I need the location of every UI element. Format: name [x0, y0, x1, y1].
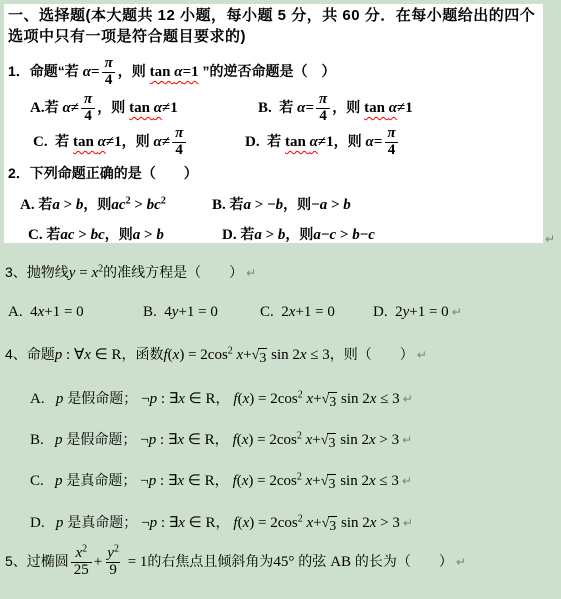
math-roman-run: 9 [109, 562, 117, 578]
math-italic-run: x [302, 473, 312, 489]
question-3-option-c: C. 2x+1 = 0 [260, 301, 335, 322]
math-roman-run: 25 [74, 562, 89, 578]
cjk-text-run: 若 [46, 226, 60, 242]
math-italic-run: α [389, 100, 397, 116]
math-roman-run: D. 2 [373, 304, 403, 320]
paragraph-return-icon: ↵ [403, 516, 413, 530]
math-roman-run: tan [150, 64, 175, 80]
fraction-denominator: 4 [385, 142, 399, 159]
math-roman-run: : ∃ [156, 432, 177, 448]
cjk-text-run: 的弦 [294, 553, 330, 569]
fraction: π4 [316, 92, 330, 125]
math-roman-run: sin 2 [337, 391, 370, 407]
math-roman-run: B. [212, 197, 230, 213]
question-4-option-d: D. p 是真命题； ¬p : ∃x ∈ R， f(x) = 2cos2 x+√… [30, 512, 413, 537]
cjk-text-run: ，则 [283, 196, 311, 212]
question-3-option-a: A. 4x+1 = 0 [8, 301, 84, 322]
question-1-stem: 1．命题“若 α=π4，则 tan α=1 ”的逆否命题是（ ） [8, 56, 336, 89]
math-roman-run: sin 2 [336, 473, 369, 489]
cjk-text-run: 是假命题； [63, 431, 141, 447]
spellcheck-wavy-underline: tan α [285, 133, 318, 149]
math-roman-run: AB [330, 554, 351, 570]
math-italic-run: x [300, 347, 307, 363]
math-roman-run: > − [251, 197, 276, 213]
math-roman-run: +1 = 0 [44, 304, 83, 320]
paragraph-return-icon: ↵ [403, 392, 413, 406]
cjk-text-run: ，则 [97, 99, 129, 115]
math-roman-run: > [75, 227, 91, 243]
math-roman-run: tan [364, 100, 389, 116]
math-italic-run: x [369, 473, 376, 489]
question-3-option-b: B. 4y+1 = 0 [143, 301, 218, 322]
math-roman-run: sin 2 [267, 347, 300, 363]
math-roman-run: + [243, 347, 251, 363]
question-2-option-a: A. 若a > b，则ac2 > bc2 [20, 194, 166, 215]
math-italic-run: x [178, 515, 185, 531]
white-box-return-mark: ↵ [542, 228, 555, 249]
question-4-stem: 4、命题p : ∀x ∈ R，函数f(x) = 2cos2 x+√3 sin 2… [5, 344, 427, 369]
cjk-text-run: ，则 [83, 196, 111, 212]
math-roman-run: ∈ R [91, 347, 122, 363]
cjk-text-run: 若 [240, 226, 254, 242]
cjk-text-run: ，则 [105, 226, 133, 242]
question-5-stem: 5、过椭圆x225+y29 = 1的右焦点且倾斜角为45° 的弦 AB 的长为（… [5, 546, 466, 579]
math-roman-run: 4 [319, 108, 327, 124]
math-roman-run: B. [258, 100, 279, 116]
math-roman-run: ∈ R [185, 515, 216, 531]
math-roman-run: A. [30, 391, 56, 407]
paragraph-return-icon: ↵ [246, 266, 256, 280]
math-roman-run: > [140, 227, 156, 243]
math-italic-run: p [150, 391, 158, 407]
math-italic-run: α [83, 64, 91, 80]
fraction-denominator: 4 [81, 108, 95, 125]
math-italic-run: π [175, 125, 183, 141]
math-roman-run: ¬ [140, 473, 148, 489]
cjk-text-run: ，函数 [121, 346, 163, 362]
math-roman-run: > [336, 227, 352, 243]
math-roman-run: ) = 2cos [179, 347, 227, 363]
cjk-text-run: 的右焦点且倾斜角为 [147, 553, 273, 569]
math-roman-run: C. 2 [260, 304, 289, 320]
math-roman-run: + [312, 473, 320, 489]
cjk-text-run: ，则 [332, 99, 364, 115]
math-roman-run: ∈ R [184, 432, 215, 448]
math-roman-run: ∈ R [184, 473, 215, 489]
math-roman-run: ≠ [71, 100, 79, 116]
fraction-numerator: π [384, 126, 398, 142]
math-roman-run: > [262, 227, 278, 243]
math-roman-run: : ∃ [157, 515, 178, 531]
math-roman-run: D. [245, 134, 267, 150]
square-root: √3 [321, 474, 337, 495]
math-italic-run: ac [111, 197, 125, 213]
math-roman-run: ) = 2cos [248, 432, 296, 448]
fraction-numerator: x2 [72, 546, 90, 562]
fraction: x225 [71, 546, 92, 579]
math-roman-run: + [312, 432, 320, 448]
question-1-option-a: A.若 α≠π4，则 tan α≠1 [30, 92, 178, 125]
cjk-text-run: ， [216, 390, 234, 406]
paragraph-return-icon: ↵ [402, 474, 412, 488]
math-italic-run: bc [147, 197, 161, 213]
math-italic-run: x [84, 347, 91, 363]
math-italic-run: α [174, 64, 182, 80]
paragraph-return-icon: ↵ [456, 555, 466, 569]
square-root: √3 [322, 392, 338, 413]
math-italic-run: x [178, 391, 185, 407]
math-italic-run: α [154, 100, 162, 116]
math-roman-run: > [131, 197, 147, 213]
math-italic-run: π [319, 91, 327, 107]
cjk-text-run: 1．命题“若 [8, 63, 83, 79]
math-roman-run: ≤ 3 [376, 473, 399, 489]
math-italic-run: α [310, 134, 318, 150]
math-italic-run: p [55, 473, 63, 489]
math-roman-run: ≠1 [162, 100, 178, 116]
cjk-text-run: 2．下列命题正确的是（ ） [8, 165, 198, 181]
cjk-text-run: 3、抛物线 [5, 264, 69, 280]
math-roman-run: + [313, 515, 321, 531]
math-italic-run: x [233, 347, 243, 363]
math-roman-run: B. [30, 432, 55, 448]
math-roman-run: D. [30, 515, 56, 531]
paragraph-return-icon: ↵ [452, 305, 462, 319]
cjk-text-run: 是假命题； [63, 390, 141, 406]
radicand: 3 [328, 516, 337, 537]
math-roman-run: D. [222, 227, 240, 243]
cjk-text-run: 的准线方程是（ ） [103, 264, 243, 280]
question-4-option-a: A. p 是假命题； ¬p : ∃x ∈ R， f(x) = 2cos2 x+√… [30, 388, 413, 413]
cjk-text-run: 若 [267, 133, 285, 149]
math-roman-run: ) = 2cos [249, 391, 297, 407]
question-4-option-b: B. p 是假命题； ¬p : ∃x ∈ R， f(x) = 2cos2 x+√… [30, 429, 412, 454]
math-roman-run: 4 [84, 108, 92, 124]
math-roman-run: > [60, 197, 76, 213]
fraction-denominator: 4 [102, 72, 116, 89]
math-roman-run: C. [33, 134, 55, 150]
math-roman-run: 45° [273, 554, 294, 570]
fraction-numerator: π [81, 92, 95, 108]
math-italic-run: a [52, 197, 60, 213]
math-italic-run: a [244, 197, 252, 213]
math-roman-run: sin 2 [337, 515, 370, 531]
math-italic-run: bc [91, 227, 105, 243]
fraction: π4 [384, 126, 398, 159]
cjk-text-run: ，则（ ） [330, 346, 414, 362]
fraction: π4 [102, 56, 116, 89]
paragraph-return-icon: ↵ [402, 433, 412, 447]
math-roman-run: : ∀ [62, 347, 84, 363]
cjk-text-run: 若 [230, 196, 244, 212]
math-roman-run: +1 = 0 [409, 304, 448, 320]
radicand: 3 [328, 392, 337, 413]
square-root: √3 [321, 433, 337, 454]
cjk-text-run: ， [216, 514, 234, 530]
superscript: 2 [114, 543, 119, 554]
math-italic-run: x [303, 391, 313, 407]
spellcheck-wavy-underline: tan α=1 [150, 63, 199, 79]
math-roman-run: +1 = 0 [295, 304, 334, 320]
math-roman-run: > [327, 197, 343, 213]
math-italic-run: α [98, 134, 106, 150]
math-roman-run: ≠1 [397, 100, 413, 116]
math-roman-run: − [360, 227, 369, 243]
cjk-text-run: 4、命题 [5, 346, 55, 362]
cjk-text-run: ，则 [334, 133, 366, 149]
math-roman-run: = 1 [124, 554, 147, 570]
math-roman-run: 4 [388, 142, 396, 158]
fraction-denominator: 9 [106, 562, 120, 579]
math-italic-run: α [154, 134, 162, 150]
spellcheck-wavy-underline: tan α [129, 99, 162, 115]
superscript: 2 [82, 543, 87, 554]
math-roman-run: ≤ 3 [376, 391, 399, 407]
math-roman-run: A. [20, 197, 38, 213]
question-1-option-c: C. 若 tan α≠1，则 α≠π4 [33, 126, 188, 159]
math-italic-run: x [369, 432, 376, 448]
math-roman-run: sin 2 [336, 432, 369, 448]
math-roman-run: A. 4 [8, 304, 38, 320]
cjk-text-run: 5、过椭圆 [5, 553, 69, 569]
math-roman-run: tan [129, 100, 154, 116]
math-italic-run: b [352, 227, 360, 243]
question-1-option-b: B. 若 α=π4，则 tan α≠1 [258, 92, 413, 125]
math-roman-run: tan [73, 134, 98, 150]
fraction-numerator: y2 [104, 546, 122, 562]
math-roman-run: C. [28, 227, 46, 243]
question-2-option-d: D. 若a > b，则a−c > b−c [222, 224, 375, 245]
math-roman-run: B. 4 [143, 304, 172, 320]
math-roman-run: = [91, 64, 100, 80]
math-roman-run: +1 = 0 [178, 304, 217, 320]
math-roman-run: ≠1 [318, 134, 334, 150]
paragraph-return-icon: ↵ [545, 232, 555, 246]
math-roman-run: > 3 [376, 515, 399, 531]
paragraph-return-icon: ↵ [417, 348, 427, 362]
fraction-numerator: π [102, 56, 116, 72]
cjk-text-run: 是真命题； [63, 514, 141, 530]
math-roman-run: ) = 2cos [249, 515, 297, 531]
question-3-option-d: D. 2y+1 = 0↵ [373, 301, 462, 322]
math-roman-run: tan [285, 134, 310, 150]
math-italic-run: a [254, 227, 262, 243]
math-roman-run: = [374, 134, 383, 150]
cjk-text-run: ， [215, 431, 233, 447]
superscript: 2 [161, 195, 166, 206]
math-roman-run: 4 [175, 142, 183, 158]
math-roman-run: > 3 [376, 432, 399, 448]
question-2-stem: 2．下列命题正确的是（ ） [8, 163, 198, 183]
math-roman-run: A. [30, 100, 45, 116]
math-roman-run: ≠1 [106, 134, 122, 150]
cjk-text-run: ”的逆否命题是（ ） [199, 63, 336, 79]
cjk-text-run: 的长为（ ） [351, 553, 453, 569]
math-italic-run: x [302, 432, 312, 448]
square-root: √3 [322, 516, 338, 537]
spellcheck-wavy-underline: tan α [73, 133, 106, 149]
math-roman-run: ¬ [141, 515, 149, 531]
fraction: π4 [81, 92, 95, 125]
math-italic-run: π [84, 91, 92, 107]
math-italic-run: c [368, 227, 375, 243]
math-roman-run: ≠ [162, 134, 170, 150]
question-4-option-c: C. p 是真命题； ¬p : ∃x ∈ R， f(x) = 2cos2 x+√… [30, 470, 412, 495]
math-italic-run: π [105, 55, 113, 71]
cjk-text-run: 是真命题； [63, 472, 141, 488]
fraction-denominator: 4 [172, 142, 186, 159]
fraction-denominator: 25 [71, 562, 92, 579]
math-italic-run: x [303, 515, 313, 531]
math-roman-run: − [311, 197, 320, 213]
math-italic-run: b [156, 227, 164, 243]
cjk-text-run: ， [215, 472, 233, 488]
cjk-text-run: ，则 [285, 226, 313, 242]
math-roman-run: = [75, 265, 91, 281]
math-italic-run: p [55, 432, 63, 448]
question-3-stem: 3、抛物线y = x2的准线方程是（ ）↵ [5, 262, 256, 283]
math-roman-run: =1 [183, 64, 199, 80]
spellcheck-wavy-underline: tan α [364, 99, 397, 115]
math-roman-run: ≤ 3 [307, 347, 330, 363]
math-roman-run: : ∃ [157, 391, 178, 407]
math-italic-run: b [343, 197, 351, 213]
math-roman-run: + [313, 391, 321, 407]
fraction-numerator: π [316, 92, 330, 108]
math-roman-run: 4 [105, 72, 113, 88]
math-italic-run: π [387, 125, 395, 141]
cjk-text-run: 若 [55, 133, 73, 149]
math-italic-run: a [313, 227, 321, 243]
section-header: 一、选择题(本大题共 12 小题，每小题 5 分，共 60 分．在每小题给出的四… [8, 5, 541, 47]
math-roman-run: C. [30, 473, 55, 489]
question-2-option-c: C. 若ac > bc，则a > b [28, 224, 164, 245]
radicand: 3 [258, 348, 267, 369]
math-roman-run: + [94, 554, 102, 570]
fraction-numerator: π [172, 126, 186, 142]
math-roman-run: : ∃ [156, 473, 177, 489]
question-1-option-d: D. 若 tan α≠1，则 α=π4 [245, 126, 401, 159]
math-italic-run: α [366, 134, 374, 150]
math-italic-run: ac [60, 227, 74, 243]
question-2-option-b: B. 若a > −b，则−a > b [212, 194, 351, 215]
math-italic-run: b [276, 197, 284, 213]
square-root: √3 [252, 348, 268, 369]
math-italic-run: y [107, 545, 114, 561]
fraction-denominator: 4 [316, 108, 330, 125]
exam-page: { "colors": { "page_background": "#cde0c… [0, 0, 561, 599]
math-roman-run: ∈ R [185, 391, 216, 407]
fraction: π4 [172, 126, 186, 159]
math-italic-run: p [150, 515, 158, 531]
math-italic-run: α [62, 100, 70, 116]
fraction: y29 [104, 546, 122, 579]
math-roman-run: ¬ [141, 391, 149, 407]
math-roman-run: ) = 2cos [248, 473, 296, 489]
cjk-text-run: 若 [279, 99, 297, 115]
cjk-text-run: 若 [45, 99, 63, 115]
cjk-text-run: ，则 [122, 133, 154, 149]
cjk-text-run: 若 [38, 196, 52, 212]
cjk-text-run: ，则 [118, 63, 150, 79]
math-roman-run: = [305, 100, 314, 116]
math-roman-run: ¬ [140, 432, 148, 448]
